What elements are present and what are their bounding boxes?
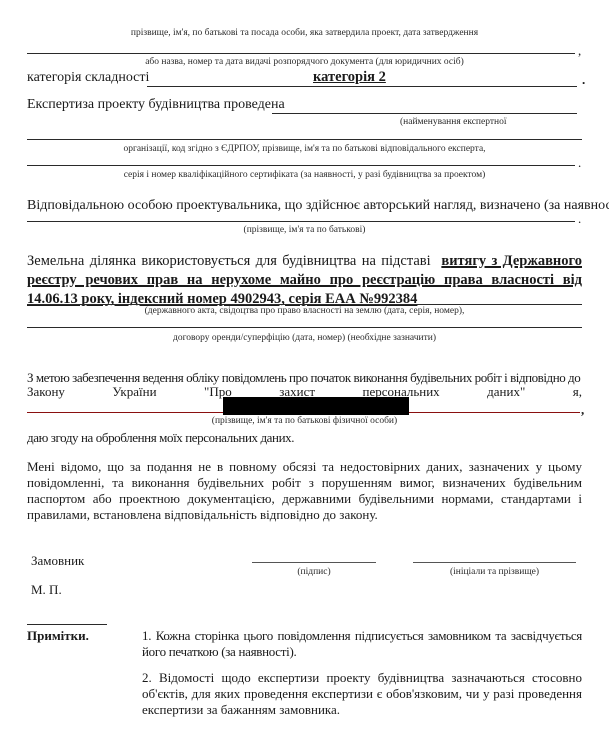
redacted-name-box [223,397,409,415]
consent-word: я, [573,384,582,400]
signature-field-line[interactable] [252,562,376,563]
note-item-2: 2. Відомості щодо експертизи проекту буд… [142,670,582,718]
expertise-caption-3: серія і номер кваліфікаційного сертифіка… [0,170,609,180]
name-caption: (ініціали та прізвище) [413,567,576,577]
name-field-line[interactable] [413,562,576,563]
consent-word: України [112,384,156,400]
author-supervision-caption: (прізвище, ім'я та по батькові) [0,225,609,235]
author-supervision-field-line[interactable] [27,221,575,222]
complexity-value: категорія 2 [313,69,386,86]
expertise-field-line-3[interactable] [27,165,575,166]
approval-field-line[interactable] [27,53,575,54]
approval-document-caption: або назва, номер та дата видачі розпоряд… [0,57,609,67]
consent-line-3: даю згоду на оброблення моїх персональни… [27,430,294,446]
consent-word: Закону [27,384,65,400]
complexity-label: категорія складності [27,70,149,86]
note-item-1: 1. Кожна сторінка цього повідомлення під… [142,628,582,660]
seal-label: М. П. [31,582,62,598]
expertise-label: Експертиза проекту будівництва проведена [27,97,285,113]
expertise-caption-1: (найменування експертної [400,117,506,127]
notes-divider [27,624,107,625]
land-basis-line[interactable] [27,304,582,305]
consent-word: даних" [487,384,525,400]
land-caption-1: (державного акта, свідоцтва про право вл… [0,306,609,316]
land-caption-2: договору оренди/суперфіцію (дата, номер)… [0,333,609,343]
approval-person-caption: прізвище, ім'я, по батькові та посада ос… [0,28,609,38]
land-lease-field-line[interactable] [27,327,582,328]
expertise-field-line-1[interactable] [272,113,577,114]
complexity-field-line[interactable] [147,86,577,87]
notes-title: Примітки. [27,628,89,644]
land-basis-paragraph: Земельна ділянка використовується для бу… [27,252,582,309]
complexity-line-end: . [582,72,585,88]
expertise-line-end: . [578,155,581,171]
consent-caption: (прізвище, ім'я та по батькові фізичної … [0,416,609,426]
expertise-caption-2: організації, код згідно з ЄДРПОУ, прізви… [0,144,609,154]
expertise-field-line-2[interactable] [27,139,582,140]
liability-paragraph: Мені відомо, що за подання не в повному … [27,459,582,523]
customer-label: Замовник [31,553,84,569]
land-basis-intro: Земельна ділянка використовується для бу… [27,253,431,269]
author-supervision-label: Відповідальною особою проектувальника, щ… [27,198,609,214]
signature-caption: (підпис) [252,567,376,577]
